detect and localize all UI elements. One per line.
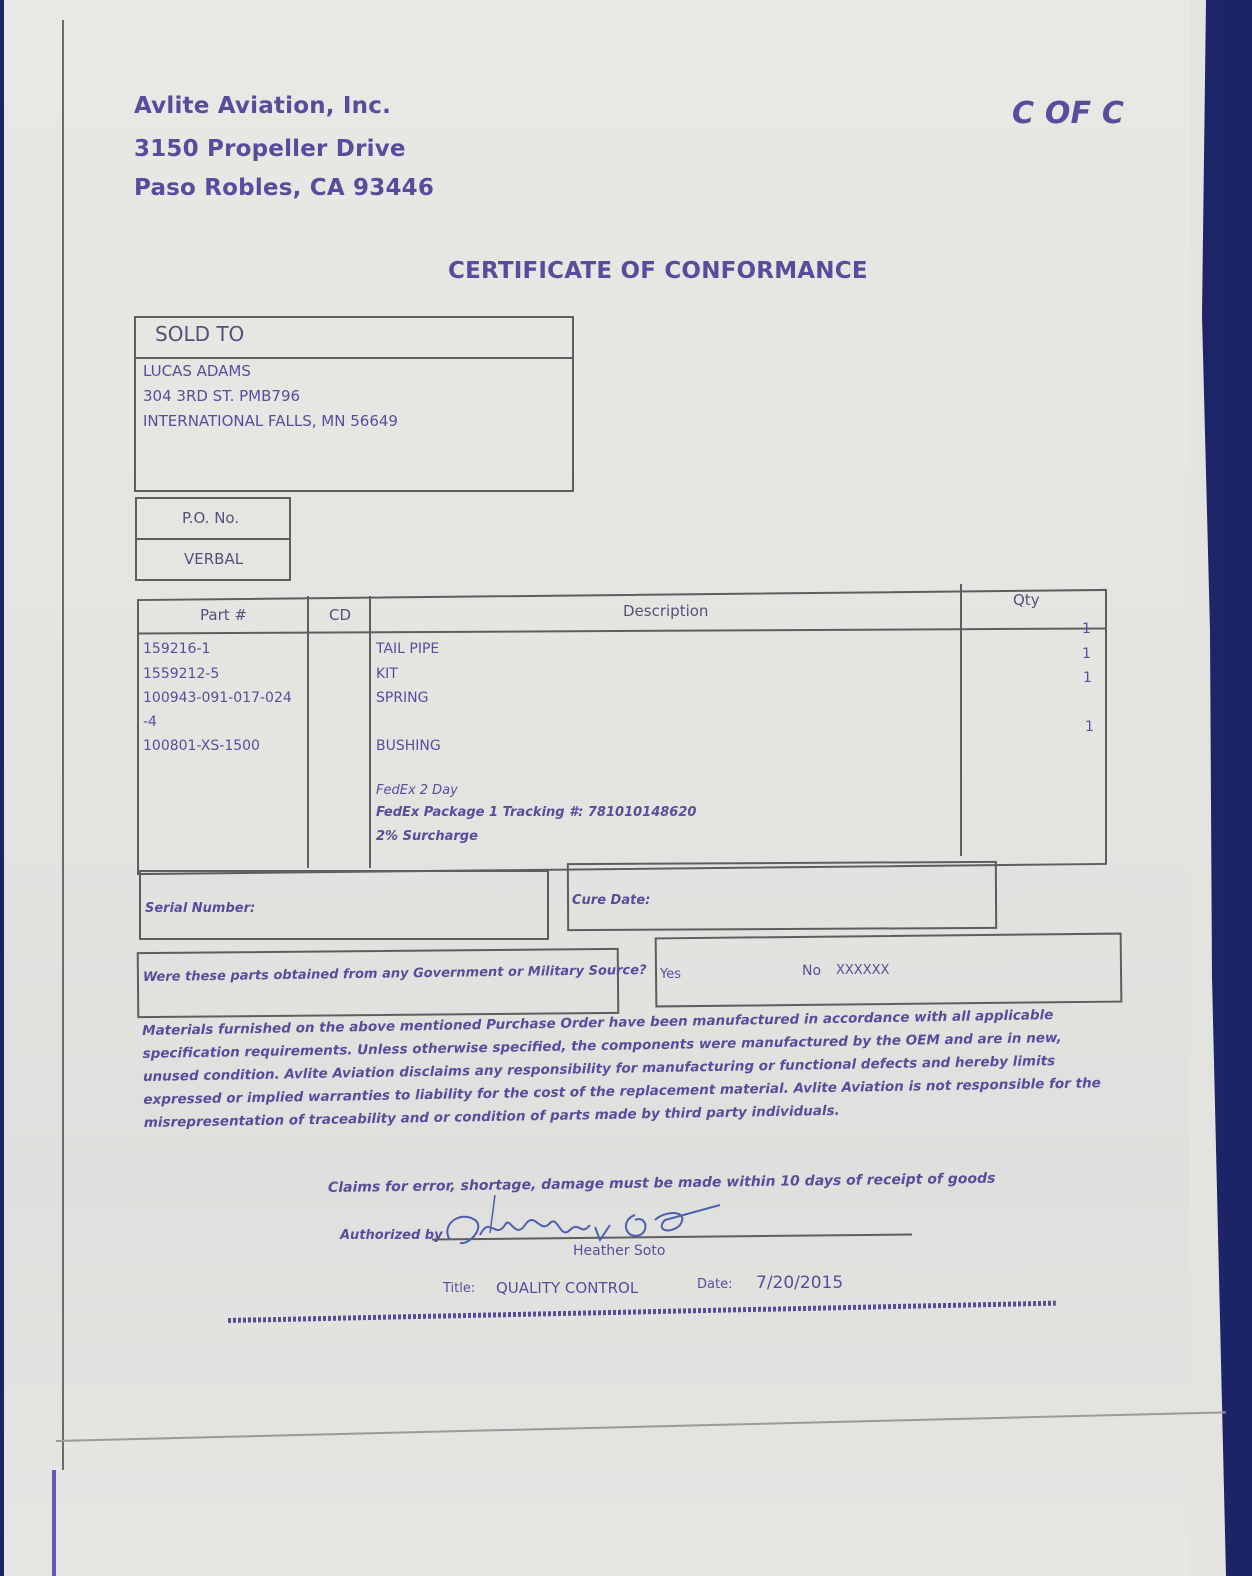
part-number: 100801-XS-1500: [143, 738, 260, 754]
sold-to-city: INTERNATIONAL FALLS, MN 56649: [143, 412, 398, 430]
surcharge-note: 2% Surcharge: [376, 829, 478, 844]
sold-to-label: SOLD TO: [155, 322, 244, 346]
conformance-statement: Materials furnished on the above mention…: [142, 1003, 1104, 1135]
title-label: Title:: [443, 1281, 475, 1296]
signer-name: Heather Soto: [573, 1243, 665, 1259]
part-qty: 1: [1082, 646, 1091, 662]
paper-edge: [1190, 0, 1230, 1576]
part-description: BUSHING: [376, 738, 441, 754]
part-description: TAIL PIPE: [376, 641, 439, 657]
answer-no-mark: XXXXXX: [836, 963, 889, 978]
part-qty: 1: [1085, 719, 1094, 735]
po-divider: [135, 538, 291, 540]
po-value: VERBAL: [184, 550, 243, 568]
tracking-number: FedEx Package 1 Tracking #: 781010148620: [376, 805, 696, 820]
cure-date-label: Cure Date:: [572, 893, 650, 908]
header-part: Part #: [200, 606, 247, 624]
part-number: -4: [143, 714, 157, 730]
part-number: 1559212-5: [143, 666, 219, 682]
answer-no-label: No: [802, 963, 821, 979]
part-qty: 1: [1082, 621, 1091, 637]
date-value: 7/20/2015: [756, 1273, 843, 1293]
part-qty: 1: [1083, 670, 1092, 686]
company-street: 3150 Propeller Drive: [134, 136, 406, 162]
page-border-line: [62, 20, 64, 1470]
part-description: KIT: [376, 666, 398, 682]
company-city: Paso Robles, CA 93446: [134, 175, 434, 201]
sold-to-street: 304 3RD ST. PMB796: [143, 387, 300, 405]
answer-yes-label: Yes: [660, 967, 681, 982]
col-divider-cd: [369, 596, 371, 868]
col-divider-part: [307, 596, 309, 868]
col-divider-desc: [960, 584, 962, 856]
authorized-by-label: Authorized by: [340, 1228, 443, 1243]
doc-code: C OF C: [1012, 96, 1124, 131]
serial-number-label: Serial Number:: [145, 901, 255, 916]
title-value: QUALITY CONTROL: [496, 1279, 638, 1297]
part-description: SPRING: [376, 690, 429, 706]
header-description: Description: [623, 602, 708, 620]
lower-page-edge: [52, 1470, 56, 1576]
header-cd: CD: [329, 606, 351, 624]
part-number: 159216-1: [143, 641, 210, 657]
page-title: CERTIFICATE OF CONFORMANCE: [448, 258, 868, 284]
po-label: P.O. No.: [182, 509, 239, 527]
sold-to-divider: [134, 357, 574, 359]
company-name: Avlite Aviation, Inc.: [134, 93, 391, 119]
sold-to-name: LUCAS ADAMS: [143, 362, 251, 380]
shipping-method: FedEx 2 Day: [376, 783, 458, 798]
part-number: 100943-091-017-024: [143, 690, 292, 706]
date-label: Date:: [697, 1277, 732, 1292]
header-qty: Qty: [1013, 591, 1040, 609]
